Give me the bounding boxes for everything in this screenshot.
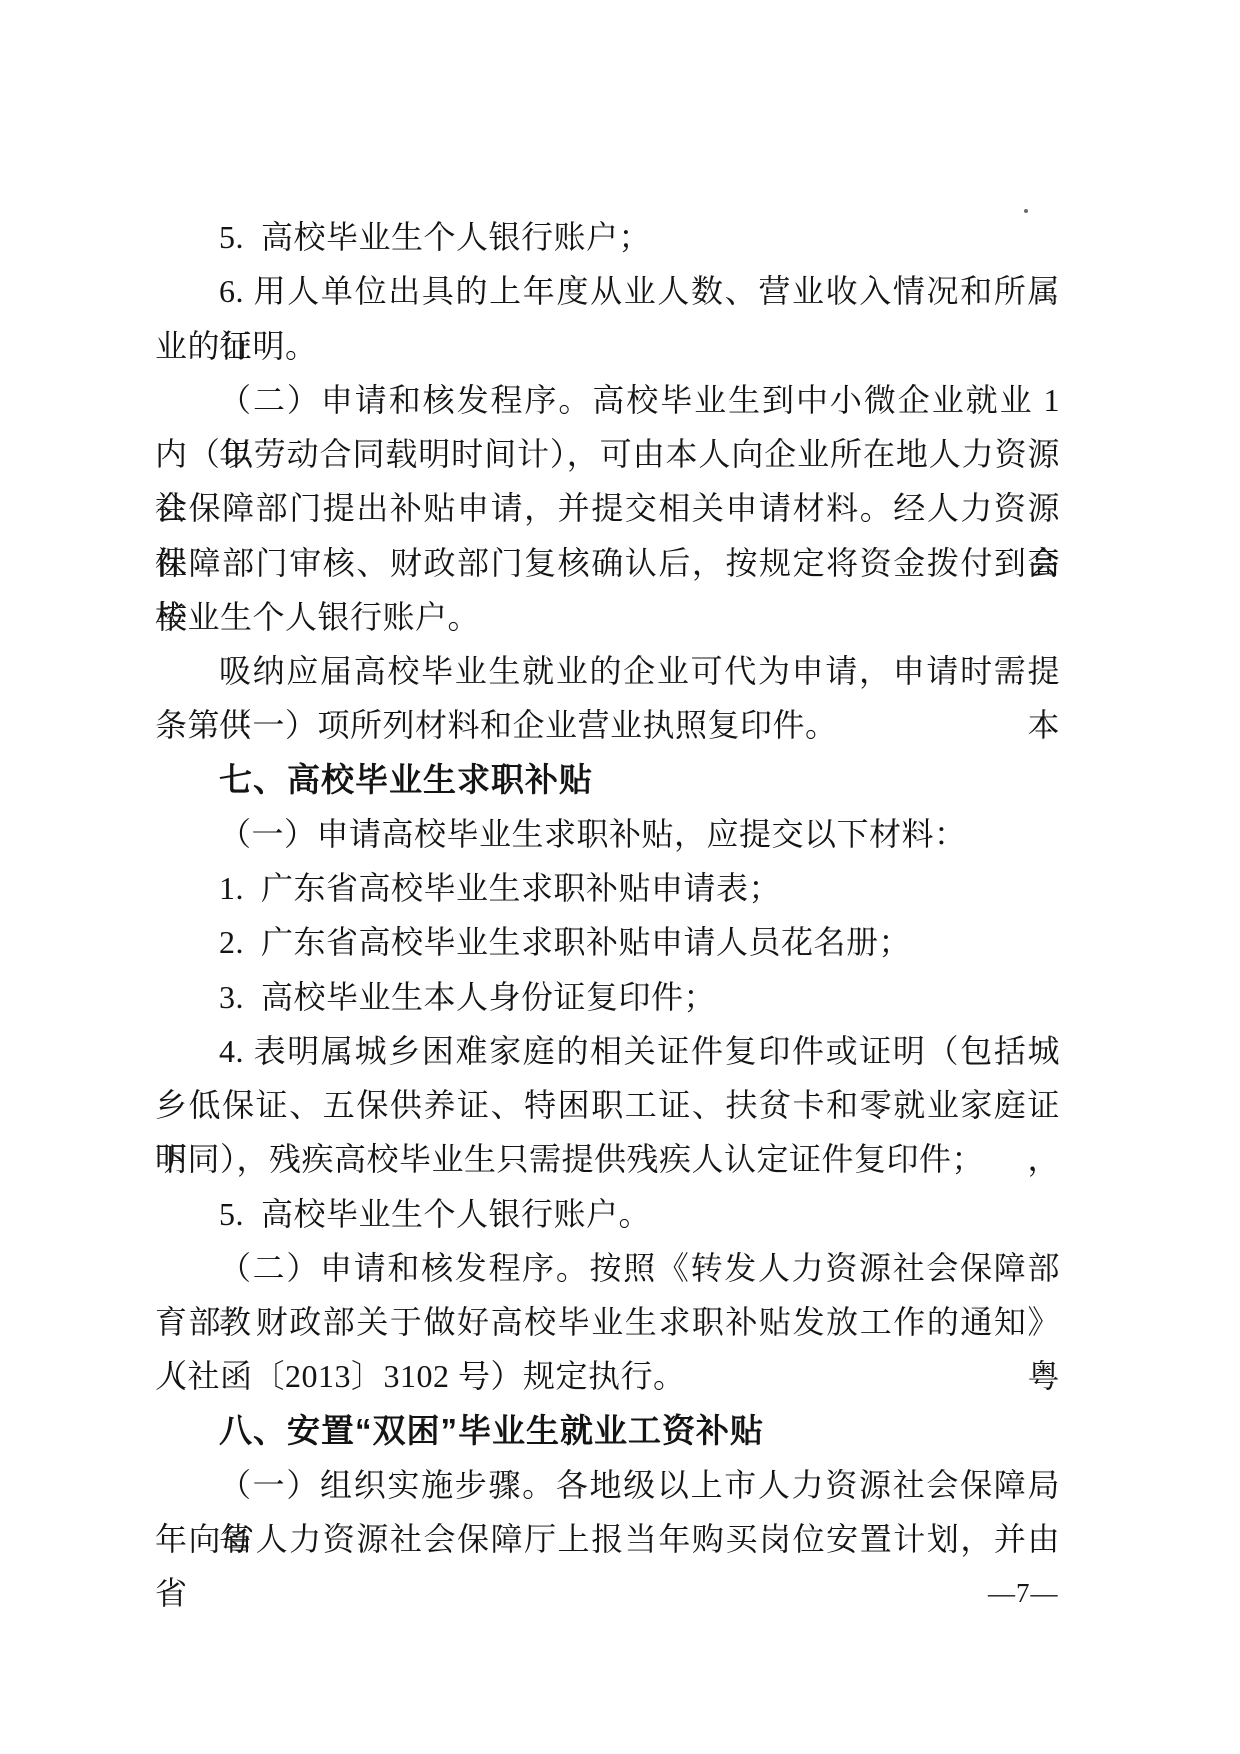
list-item-5: 5. 高校毕业生个人银行账户； xyxy=(155,210,1060,264)
text-line: 年向省人力资源社会保障厅上报当年购买岗位安置计划，并由省 xyxy=(155,1512,1060,1566)
text-line: 会保障部门提出补贴申请，并提交相关申请材料。经人力资源社会 xyxy=(155,481,1060,535)
paragraph-line: （二）申请和核发程序。按照《转发人力资源社会保障部 教 xyxy=(155,1241,1060,1295)
list-item-4: 4. 表明属城乡困难家庭的相关证件复印件或证明（包括城 xyxy=(155,1024,1060,1078)
paragraph-line: （一）申请高校毕业生求职补贴，应提交以下材料： xyxy=(155,807,1060,861)
text-line: 育部 财政部关于做好高校毕业生求职补贴发放工作的通知》（粤 xyxy=(155,1295,1060,1349)
text-line: 业的证明。 xyxy=(155,319,1060,373)
page-number: —7— xyxy=(988,1576,1059,1610)
section-heading-7: 七、高校毕业生求职补贴 xyxy=(155,753,1060,807)
paragraph-line: （二）申请和核发程序。高校毕业生到中小微企业就业 1 年 xyxy=(155,373,1060,427)
list-item-1: 1. 广东省高校毕业生求职补贴申请表； xyxy=(155,861,1060,915)
list-item-6: 6. 用人单位出具的上年度从业人数、营业收入情况和所属行 xyxy=(155,264,1060,318)
document-page: 5. 高校毕业生个人银行账户； 6. 用人单位出具的上年度从业人数、营业收入情况… xyxy=(0,0,1240,1754)
section-heading-8: 八、安置“双困”毕业生就业工资补贴 xyxy=(155,1404,1060,1458)
list-item-5b: 5. 高校毕业生个人银行账户。 xyxy=(155,1187,1060,1241)
text-line: 乡低保证、五保供养证、特困职工证、扶贫卡和零就业家庭证明， xyxy=(155,1078,1060,1132)
list-item-2: 2. 广东省高校毕业生求职补贴申请人员花名册； xyxy=(155,915,1060,969)
text-line: 保障部门审核、财政部门复核确认后，按规定将资金拨付到高校 xyxy=(155,536,1060,590)
document-body: 5. 高校毕业生个人银行账户； 6. 用人单位出具的上年度从业人数、营业收入情况… xyxy=(155,210,1060,1566)
text-line: 下同），残疾高校毕业生只需提供残疾人认定证件复印件； xyxy=(155,1132,1060,1186)
paragraph-line: （一）组织实施步骤。各地级以上市人力资源社会保障局每 xyxy=(155,1458,1060,1512)
paragraph-line: 吸纳应届高校毕业生就业的企业可代为申请，申请时需提供本 xyxy=(155,644,1060,698)
list-item-3: 3. 高校毕业生本人身份证复印件； xyxy=(155,970,1060,1024)
text-line: 毕业生个人银行账户。 xyxy=(155,590,1060,644)
text-line: 内（以劳动合同载明时间计），可由本人向企业所在地人力资源社 xyxy=(155,427,1060,481)
